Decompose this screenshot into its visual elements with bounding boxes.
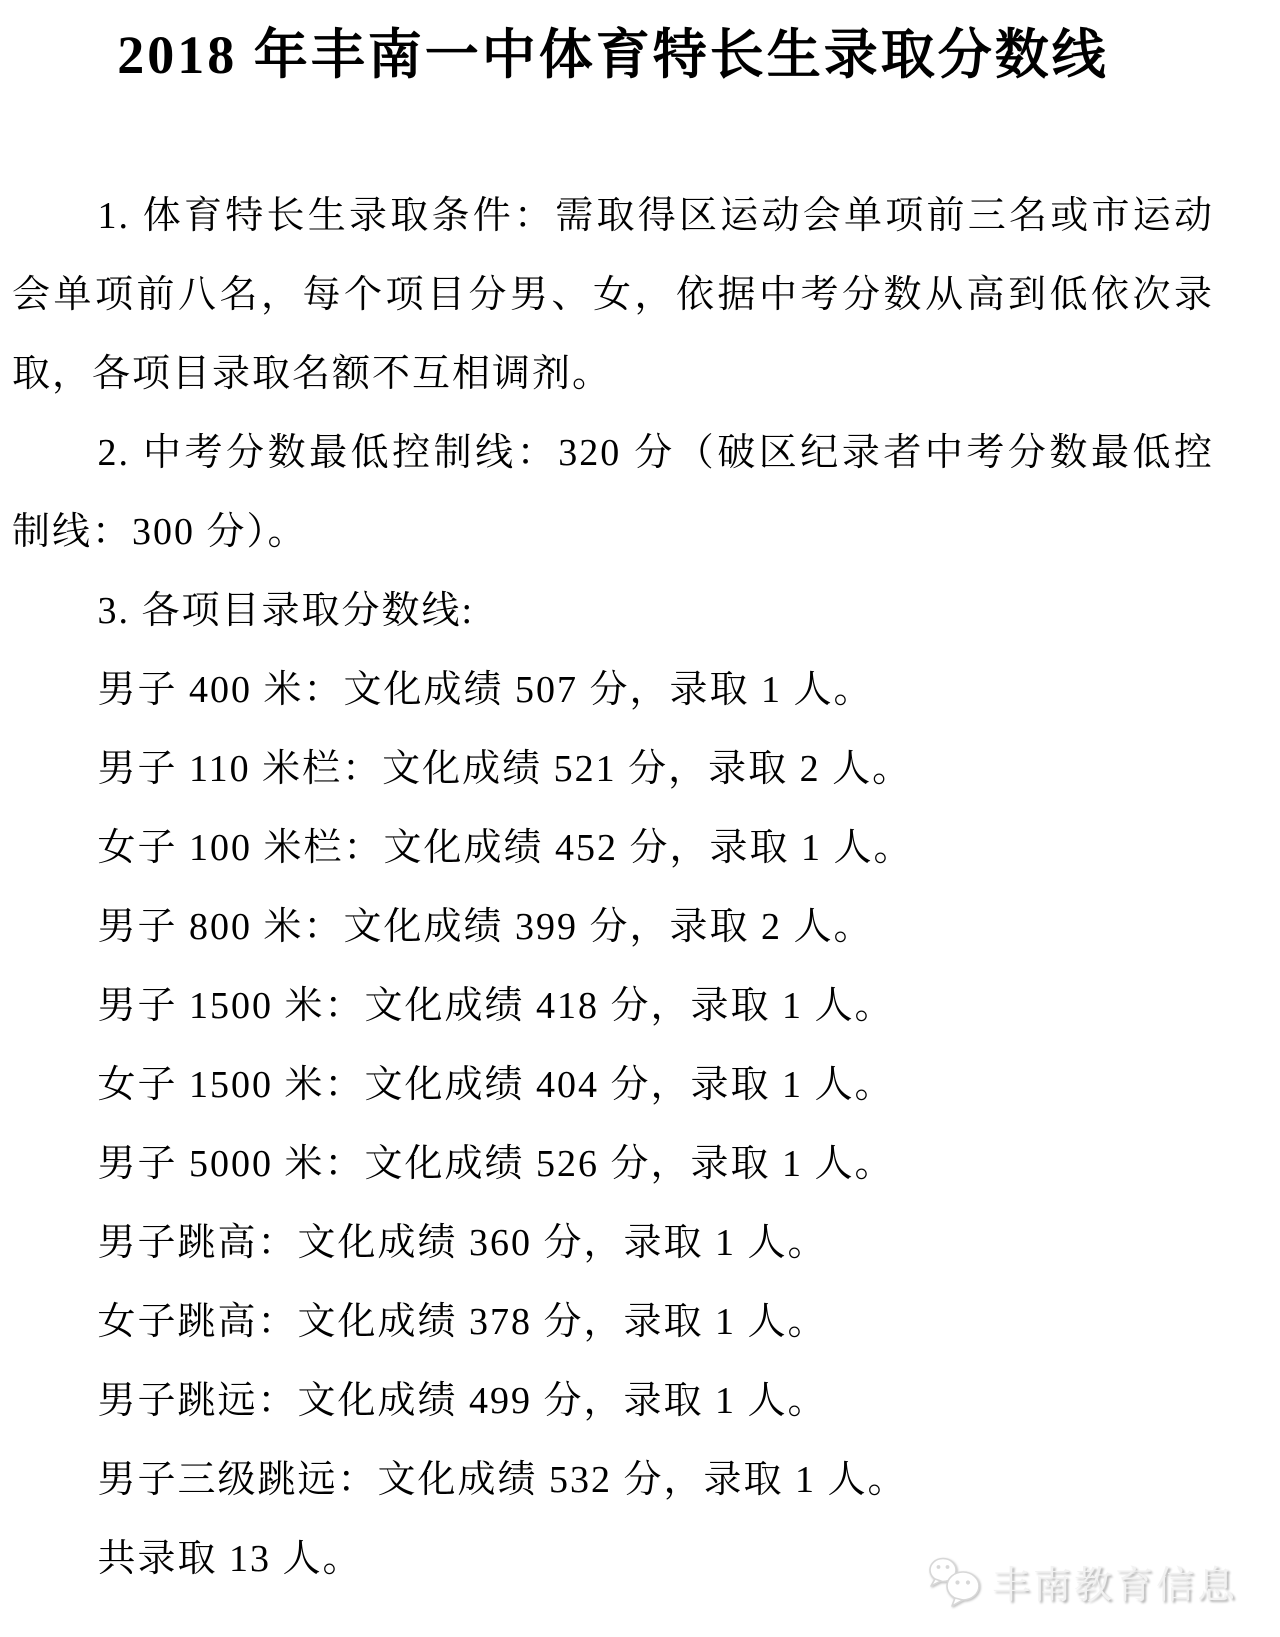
document-page: 2018 年丰南一中体育特长生录取分数线 1. 体育特长生录取条件：需取得区运动… bbox=[0, 0, 1280, 1599]
score-line-womens-high-jump: 女子跳高：文化成绩 378 分，录取 1 人。 bbox=[12, 1283, 1214, 1362]
score-line-mens-high-jump: 男子跳高：文化成绩 360 分，录取 1 人。 bbox=[12, 1204, 1214, 1283]
score-line-mens-long-jump: 男子跳远：文化成绩 499 分，录取 1 人。 bbox=[12, 1362, 1214, 1441]
score-line-mens-800m: 男子 800 米：文化成绩 399 分，录取 2 人。 bbox=[12, 888, 1214, 967]
paragraph-min-control-line: 2. 中考分数最低控制线：320 分（破区纪录者中考分数最低控制线：300 分）… bbox=[12, 414, 1214, 572]
summary-line: 共录取 13 人。 bbox=[12, 1520, 1214, 1599]
page-title: 2018 年丰南一中体育特长生录取分数线 bbox=[12, 22, 1214, 88]
paragraph-admission-conditions: 1. 体育特长生录取条件：需取得区运动会单项前三名或市运动会单项前八名，每个项目… bbox=[12, 177, 1214, 414]
score-line-mens-5000m: 男子 5000 米：文化成绩 526 分，录取 1 人。 bbox=[12, 1125, 1214, 1204]
paragraph-score-lines-heading: 3. 各项目录取分数线: bbox=[12, 572, 1214, 651]
score-line-mens-400m: 男子 400 米：文化成绩 507 分，录取 1 人。 bbox=[12, 651, 1214, 730]
score-line-womens-1500m: 女子 1500 米：文化成绩 404 分，录取 1 人。 bbox=[12, 1046, 1214, 1125]
score-line-mens-triple-jump: 男子三级跳远：文化成绩 532 分，录取 1 人。 bbox=[12, 1441, 1214, 1520]
score-line-mens-1500m: 男子 1500 米：文化成绩 418 分，录取 1 人。 bbox=[12, 967, 1214, 1046]
score-line-mens-110m-hurdles: 男子 110 米栏：文化成绩 521 分，录取 2 人。 bbox=[12, 730, 1214, 809]
score-line-womens-100m-hurdles: 女子 100 米栏：文化成绩 452 分，录取 1 人。 bbox=[12, 809, 1214, 888]
